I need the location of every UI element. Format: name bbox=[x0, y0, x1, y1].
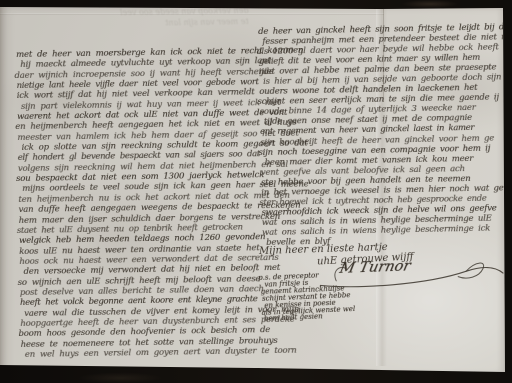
letter-page: den verkoop van seede soo veelte meer va… bbox=[0, 0, 512, 383]
right-text-column: de heer van ginckel heeft sijn soon frit… bbox=[258, 22, 512, 248]
showthrough-line: te meer van sijn lant bbox=[120, 16, 249, 29]
postscript-block: p.s. de preceptorvan fritsje isgenaemt k… bbox=[258, 271, 356, 323]
ink-showthrough: den verkoop van seede soo veelte meer va… bbox=[120, 5, 249, 29]
scanned-letter: den verkoop van seede soo veelte meer va… bbox=[0, 0, 512, 383]
